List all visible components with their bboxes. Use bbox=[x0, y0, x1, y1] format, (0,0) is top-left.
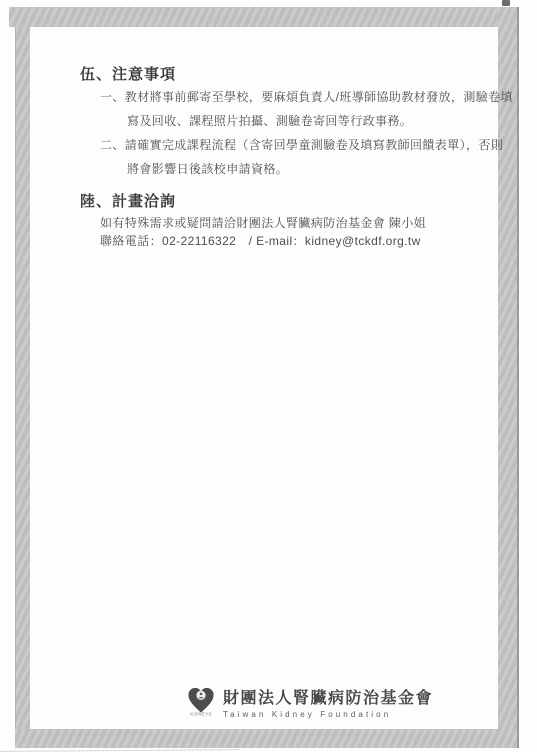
scan-border-right bbox=[498, 7, 519, 748]
org-name-en: Taiwan Kidney Foundation bbox=[223, 710, 433, 719]
section-heading-inquiry: 陸、計畫洽詢 bbox=[80, 190, 176, 211]
section-heading-notes: 伍、注意事項 bbox=[80, 63, 176, 84]
scan-border-bottom bbox=[15, 729, 517, 748]
scanned-document-page: 伍、注意事項 一、教材將事前郵寄至學校，要麻煩負責人/班導師協助教材發放，測驗卷… bbox=[0, 0, 537, 752]
notice-item2-line2: 將會影響日後該校申請資格。 bbox=[127, 160, 288, 177]
logo-caption: KIDNEYS bbox=[187, 712, 214, 717]
inquiry-phone-email-line: 聯絡電話：02-22116322 / E-mail：kidney@tckdf.o… bbox=[100, 232, 421, 249]
scan-edge-line bbox=[0, 749, 240, 752]
scan-border-left bbox=[15, 27, 30, 748]
scan-border-top bbox=[9, 7, 518, 27]
scan-artifact-mark bbox=[502, 0, 510, 6]
notice-item1-line2: 寫及回收、課程照片拍攝、測驗卷寄回等行政事務。 bbox=[127, 112, 412, 129]
footer-logo: KIDNEYS 財團法人腎臟病防治基金會 Taiwan Kidney Found… bbox=[185, 687, 433, 719]
kidney-heart-logo-icon: KIDNEYS bbox=[185, 687, 217, 718]
inquiry-contact-line: 如有特殊需求或疑問請洽財團法人腎臟病防治基金會 陳小姐 bbox=[100, 214, 426, 231]
notice-item2-line1: 二、請確實完成課程流程（含寄回學童測驗卷及填寫教師回饋表單），否則 bbox=[100, 136, 503, 153]
org-name-zh: 財團法人腎臟病防治基金會 bbox=[223, 691, 433, 707]
notice-item1-line1: 一、教材將事前郵寄至學校，要麻煩負責人/班導師協助教材發放，測驗卷填 bbox=[100, 88, 513, 105]
